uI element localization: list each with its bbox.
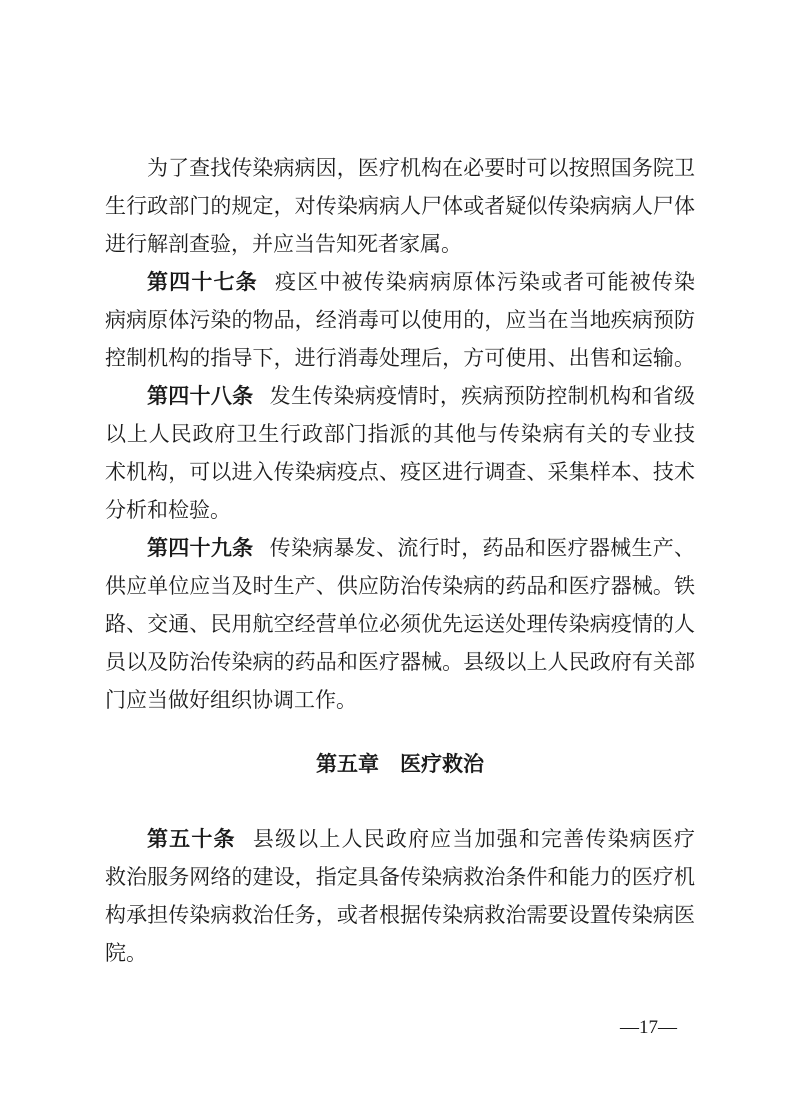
article-text: 疫区中被传染病病原体污染或者可能被传染	[274, 270, 695, 294]
article-label: 第四十八条	[147, 384, 253, 408]
paragraph-line: 路、交通、民用航空经营单位必须优先运送处理传染病疫情的人	[105, 608, 695, 640]
article-label: 第四十七条	[147, 270, 258, 294]
paragraph-line: 分析和检验。	[105, 494, 695, 526]
article-label: 第四十九条	[147, 536, 253, 560]
article-50-first-line: 第五十条县级以上人民政府应当加强和完善传染病医疗	[105, 823, 695, 855]
article-47-first-line: 第四十七条疫区中被传染病病原体污染或者可能被传染	[105, 266, 695, 298]
article-text: 县级以上人民政府应当加强和完善传染病医疗	[252, 827, 695, 851]
article-49-first-line: 第四十九条传染病暴发、流行时，药品和医疗器械生产、	[105, 532, 695, 564]
paragraph-line: 救治服务网络的建设，指定具备传染病救治条件和能力的医疗机	[105, 861, 695, 893]
paragraph-line: 供应单位应当及时生产、供应防治传染病的药品和医疗器械。铁	[105, 570, 695, 602]
paragraph-line: 构承担传染病救治任务，或者根据传染病救治需要设置传染病医	[105, 899, 695, 931]
article-48-first-line: 第四十八条发生传染病疫情时，疾病预防控制机构和省级	[105, 380, 695, 412]
page-number: —17—	[620, 1017, 677, 1039]
article-label: 第五十条	[147, 827, 236, 851]
paragraph-line: 以上人民政府卫生行政部门指派的其他与传染病有关的专业技	[105, 418, 695, 450]
article-text: 传染病暴发、流行时，药品和医疗器械生产、	[269, 536, 695, 560]
paragraph-line: 门应当做好组织协调工作。	[105, 684, 695, 716]
paragraph-line: 控制机构的指导下，进行消毒处理后，方可使用、出售和运输。	[105, 342, 695, 374]
chapter-heading: 第五章 医疗救治	[105, 748, 695, 780]
paragraph-line: 病病原体污染的物品，经消毒可以使用的，应当在当地疾病预防	[105, 304, 695, 336]
paragraph-line: 生行政部门的规定，对传染病病人尸体或者疑似传染病病人尸体	[105, 190, 695, 222]
article-text: 发生传染病疫情时，疾病预防控制机构和省级	[269, 384, 695, 408]
paragraph-line: 为了查找传染病病因，医疗机构在必要时可以按照国务院卫	[105, 152, 695, 184]
paragraph-line: 院。	[105, 937, 695, 969]
paragraph-line: 员以及防治传染病的药品和医疗器械。县级以上人民政府有关部	[105, 646, 695, 678]
paragraph-line: 术机构，可以进入传染病疫点、疫区进行调查、采集样本、技术	[105, 456, 695, 488]
paragraph-line: 进行解剖查验，并应当告知死者家属。	[105, 228, 695, 260]
